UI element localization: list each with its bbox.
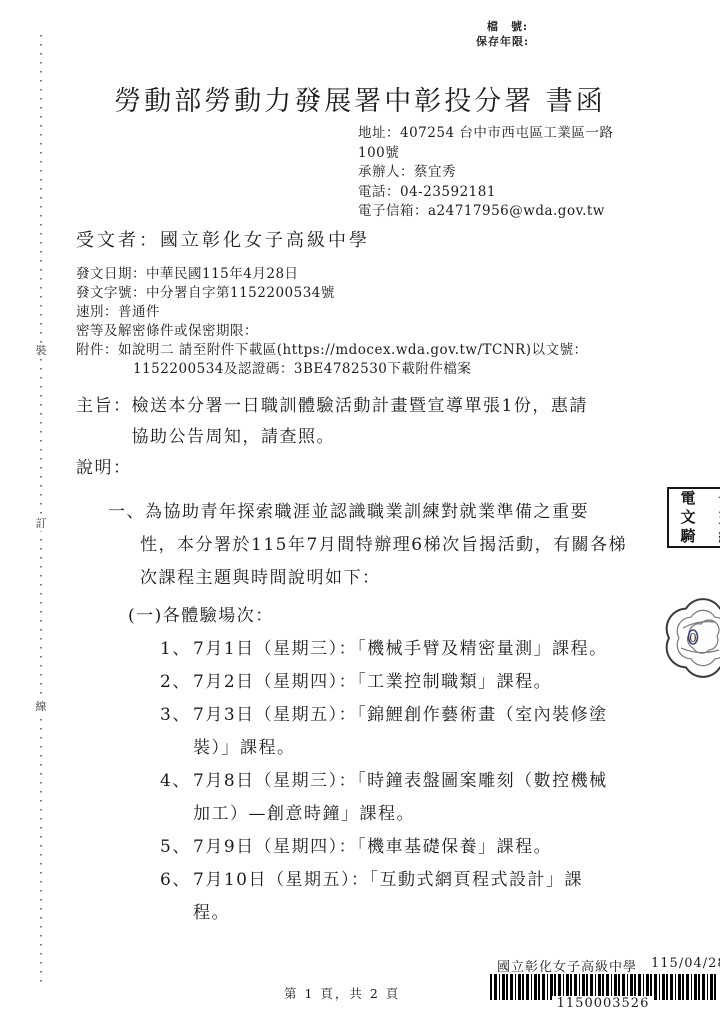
- seam-stamp-char: 文: [669, 508, 707, 527]
- issue-number-line: 發文字號：中分署自字第1152200534號: [76, 284, 588, 303]
- session-5-marker: 5、: [160, 831, 193, 864]
- subject-line1: 檢送本分署一日職訓體驗活動計畫暨宣導單張1份，惠請: [132, 396, 588, 416]
- session-4-marker: 4、: [160, 765, 193, 798]
- page-number-info: 第 1 頁，共 2 頁: [284, 984, 400, 1002]
- sender-contact-block: 地址：407254 台中市西屯區工業區一路 100號 承辦人：蔡宜秀 電話：04…: [358, 124, 613, 222]
- sender-address-line2: 100號: [358, 144, 613, 164]
- session-4-wrap: 加工）—創意時鐘」課程。: [160, 798, 608, 831]
- session-2-text: 7月2日（星期四）：「工業控制職類」課程。: [193, 672, 552, 692]
- sender-contact-person: 承辦人：蔡宜秀: [358, 163, 613, 183]
- session-item-3: 3、7月3日（星期五）：「錦鯉創作藝術畫（室內裝修塗 裝）」課程。: [160, 699, 608, 765]
- file-number-label: 檔 號:: [476, 20, 529, 35]
- seam-stamp-char: 子: [707, 489, 720, 508]
- document-meta-block: 發文日期：中華民國115年4月28日 發文字號：中分署自字第1152200534…: [76, 265, 588, 379]
- recipient-line: 受文者：國立彰化女子高級中學: [76, 226, 370, 252]
- seam-stamp-char: 縫: [707, 527, 720, 546]
- binding-char-ding: 訂: [33, 517, 49, 531]
- barcode-number: 1150003526: [490, 996, 716, 1011]
- binding-dotted-line: [40, 35, 42, 983]
- session-4-text: 7月8日（星期三）：「時鐘表盤圖案雕刻（數控機械: [193, 771, 608, 791]
- footer-school-date: 國立彰化女子高級中學 115/04/28: [497, 956, 720, 975]
- sender-address-line1: 地址：407254 台中市西屯區工業區一路: [358, 124, 613, 144]
- scalloped-seal-icon: 0: [663, 598, 720, 678]
- session-3-wrap: 裝）」課程。: [160, 732, 608, 765]
- document-page: 檔 號: 保存年限: 勞動部勞動力發展署中彰投分署 書函 地址：407254 台…: [0, 0, 720, 1024]
- seam-stamp-char: 電: [669, 489, 707, 508]
- subject-label: 主旨：: [76, 391, 132, 453]
- session-6-marker: 6、: [160, 864, 193, 897]
- session-3-marker: 3、: [160, 699, 193, 732]
- seal-digit: 0: [689, 631, 697, 645]
- item1-line2: 性，本分署於115年7月間特辦理6梯次旨揭活動，有關各梯: [108, 529, 627, 562]
- classification-line: 密等及解密條件或保密期限：: [76, 322, 588, 341]
- retention-label: 保存年限:: [476, 35, 529, 50]
- session-item-6: 6、7月10日（星期五）：「互動式網頁程式設計」課 程。: [160, 864, 608, 930]
- session-6-text: 7月10日（星期五）：「互動式網頁程式設計」課: [193, 870, 583, 890]
- footer-date: 115/04/28: [651, 956, 720, 975]
- binding-char-zhuang: 裝: [33, 344, 49, 358]
- scalloped-seal-stamp: 0: [663, 598, 720, 682]
- subject-block: 主旨： 檢送本分署一日職訓體驗活動計畫暨宣導單張1份，惠請 協助公告周知，請查照…: [76, 391, 588, 453]
- footer-school-name: 國立彰化女子高級中學: [497, 956, 637, 975]
- document-title: 勞動部勞動力發展署中彰投分署 書函: [0, 79, 720, 118]
- explanation-label: 說明：: [76, 453, 132, 478]
- session-item-4: 4、7月8日（星期三）：「時鐘表盤圖案雕刻（數控機械 加工）—創意時鐘」課程。: [160, 765, 608, 831]
- item1-marker: 一、: [108, 502, 145, 522]
- session-3-text: 7月3日（星期五）：「錦鯉創作藝術畫（室內裝修塗: [193, 705, 608, 725]
- barcode-number-text: 1150003526: [552, 996, 655, 1011]
- item1-line3: 次課程主題與時間說明如下：: [108, 562, 627, 595]
- session-1-marker: 1、: [160, 633, 193, 666]
- explanation-item-1: 一、為協助青年探索職涯並認識職業訓練對就業準備之重要 性，本分署於115年7月間…: [108, 496, 627, 595]
- electronic-seam-stamp: 電 子 文 交 騎 縫: [667, 487, 720, 548]
- session-2-marker: 2、: [160, 666, 193, 699]
- sender-phone: 電話：04-23592181: [358, 183, 613, 203]
- seam-stamp-char: 交: [707, 508, 720, 527]
- session-list: 1、7月1日（星期三）：「機械手臂及精密量測」課程。 2、7月2日（星期四）：「…: [160, 633, 608, 930]
- binding-char-xian: 線: [33, 700, 49, 714]
- attachment-line1: 附件：如說明二 請至附件下載區(https://mdocex.wda.gov.t…: [76, 341, 588, 360]
- session-6-wrap: 程。: [160, 897, 608, 930]
- subject-line2: 協助公告周知，請查照。: [132, 427, 336, 447]
- seam-stamp-char: 騎: [669, 527, 707, 546]
- priority-line: 速別：普通件: [76, 303, 588, 322]
- session-1-text: 7月1日（星期三）：「機械手臂及精密量測」課程。: [193, 639, 608, 659]
- sender-email: 電子信箱：a24717956@wda.gov.tw: [358, 202, 613, 222]
- archive-labels: 檔 號: 保存年限:: [476, 20, 529, 49]
- attachment-line2: 1152200534及認證碼：3BE4782530下載附件檔案: [76, 360, 588, 379]
- session-item-2: 2、7月2日（星期四）：「工業控制職類」課程。: [160, 666, 608, 699]
- session-subheading: (一)各體驗場次：: [128, 601, 274, 626]
- issue-date-line: 發文日期：中華民國115年4月28日: [76, 265, 588, 284]
- session-5-text: 7月9日（星期四）：「機車基礎保養」課程。: [193, 837, 552, 857]
- item1-line1: 為協助青年探索職涯並認識職業訓練對就業準備之重要: [145, 502, 589, 522]
- session-item-5: 5、7月9日（星期四）：「機車基礎保養」課程。: [160, 831, 608, 864]
- session-item-1: 1、7月1日（星期三）：「機械手臂及精密量測」課程。: [160, 633, 608, 666]
